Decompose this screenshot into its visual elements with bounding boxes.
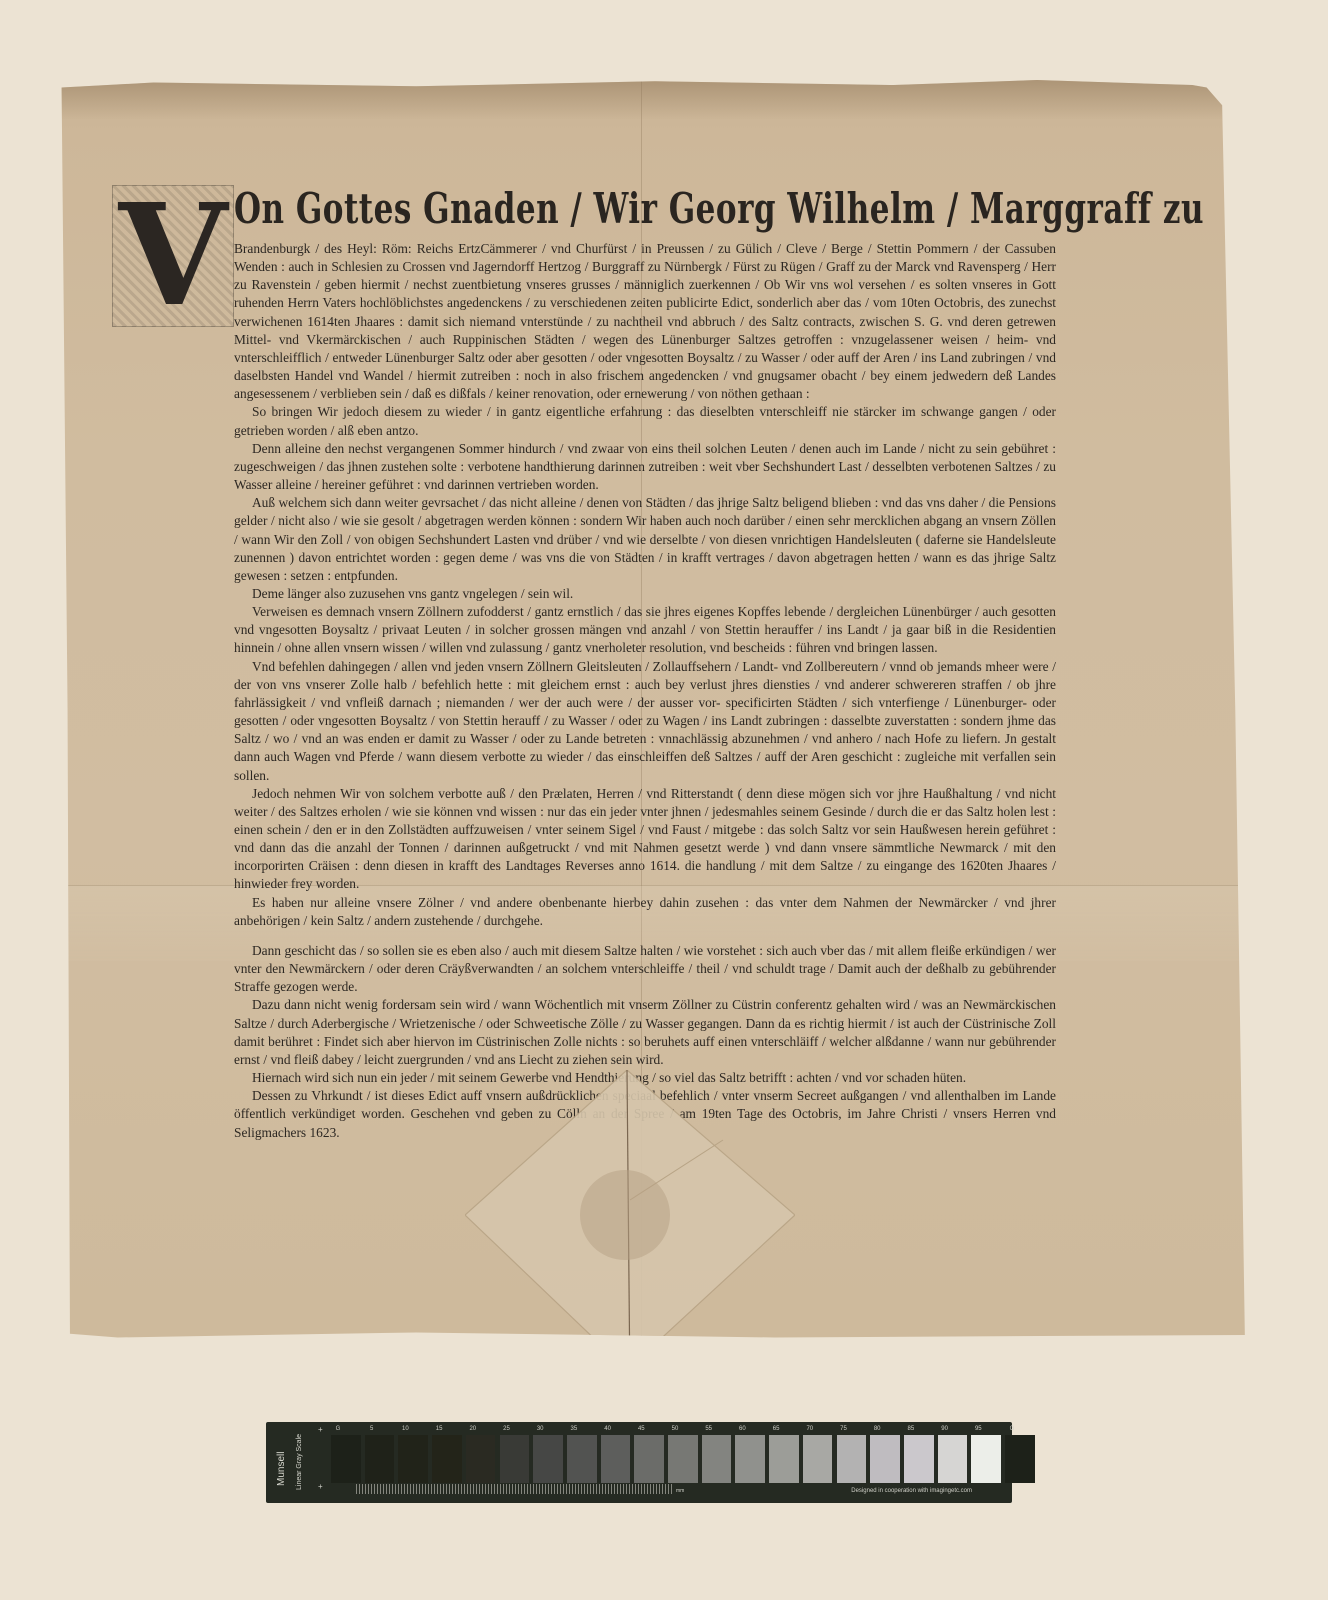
gray-scale-tick: 85: [908, 1426, 915, 1432]
gray-patch: [1005, 1435, 1035, 1483]
gray-patch: [837, 1435, 867, 1483]
gray-scale-tick: 30: [537, 1426, 544, 1432]
gray-scale-tick: 80: [874, 1426, 881, 1432]
gray-patch: [601, 1435, 631, 1483]
gray-scale-tick: 25: [503, 1426, 510, 1432]
gray-scale-tick: 20: [469, 1426, 476, 1432]
ruler-unit: mm: [676, 1488, 684, 1494]
edict-document-sheet: V On Gottes Gnaden / Wir Georg Wilhelm /…: [58, 80, 1252, 1340]
gray-patch: [432, 1435, 462, 1483]
gray-scale-tick: 70: [806, 1426, 813, 1432]
gray-patch: [668, 1435, 698, 1483]
gray-scale-tick: 60: [739, 1426, 746, 1432]
gray-scale-tick: 15: [436, 1426, 443, 1432]
paper-seal-fold-icon: [465, 1070, 795, 1390]
gray-patch: [634, 1435, 664, 1483]
gray-patch: [971, 1435, 1001, 1483]
munsell-gray-scale-chart: Munsell Linear Gray Scale + + G510152025…: [266, 1422, 1012, 1503]
scale-name: Linear Gray Scale: [296, 1434, 303, 1490]
decorated-initial-letter: V: [112, 185, 234, 327]
gray-patch: [702, 1435, 732, 1483]
document-paragraph: Vnd befehlen dahingegen / allen vnd jede…: [234, 658, 1056, 785]
registration-mark-icon: +: [318, 1482, 323, 1491]
document-body: Brandenburgk / des Heyl: Röm: Reichs Ert…: [234, 240, 1056, 1142]
document-paragraph: Brandenburgk / des Heyl: Röm: Reichs Ert…: [234, 240, 1056, 403]
gray-scale-tick: 90: [941, 1426, 948, 1432]
gray-patch: [567, 1435, 597, 1483]
gray-patch: [331, 1435, 361, 1483]
munsell-logo: Munsell Linear Gray Scale: [272, 1428, 312, 1496]
gray-patch: [904, 1435, 934, 1483]
gray-scale-tick: 75: [840, 1426, 847, 1432]
document-heading: On Gottes Gnaden / Wir Georg Wilhelm / M…: [234, 185, 1054, 234]
brand-name: Munsell: [276, 1452, 287, 1486]
registration-mark-icon: +: [318, 1425, 323, 1434]
gray-scale-tick: 40: [604, 1426, 611, 1432]
gray-patch: [533, 1435, 563, 1483]
gray-scale-tick: 5: [370, 1426, 373, 1432]
gray-patch: [398, 1435, 428, 1483]
gray-scale-tick: 10: [402, 1426, 409, 1432]
gray-patch: [938, 1435, 968, 1483]
document-paragraph: Deme länger also zuzusehen vns gantz vng…: [234, 585, 1056, 603]
gray-patch: [500, 1435, 530, 1483]
gray-scale-tick: 35: [571, 1426, 578, 1432]
gray-scale-patches: [331, 1435, 1011, 1483]
gray-patch: [466, 1435, 496, 1483]
gray-scale-tick: 65: [773, 1426, 780, 1432]
document-paragraph: Dann geschicht das / so sollen sie es eb…: [234, 942, 1056, 996]
document-paragraph: Jedoch nehmen Wir von solchem verbotte a…: [234, 785, 1056, 894]
document-paragraph: Auß welchem sich dann weiter gevrsachet …: [234, 494, 1056, 585]
gray-scale-tick: 45: [638, 1426, 645, 1432]
gray-scale-tick: 50: [672, 1426, 679, 1432]
gray-patch: [735, 1435, 765, 1483]
document-paragraph: Denn alleine den nechst vergangenen Somm…: [234, 440, 1056, 494]
gray-patch: [870, 1435, 900, 1483]
paper-edge-stain: [58, 80, 1252, 120]
document-paragraph: Verweisen es demnach vnsern Zöllnern zuf…: [234, 603, 1056, 657]
document-paragraph: So bringen Wir jedoch diesem zu wieder /…: [234, 403, 1056, 439]
gray-scale-tick: 95: [975, 1426, 982, 1432]
gray-patch: [769, 1435, 799, 1483]
gray-scale-tick: G: [1010, 1426, 1015, 1432]
gray-scale-tick: G: [336, 1426, 341, 1432]
gray-patch: [803, 1435, 833, 1483]
document-paragraph: Es haben nur alleine vnsere Zölner / vnd…: [234, 894, 1056, 930]
mm-ruler: [356, 1484, 674, 1494]
gray-patch: [365, 1435, 395, 1483]
document-paragraph: Dazu dann nicht wenig fordersam sein wir…: [234, 996, 1056, 1069]
chart-credit: Designed in cooperation with imagingetc.…: [851, 1488, 972, 1494]
gray-scale-tick: 55: [705, 1426, 712, 1432]
